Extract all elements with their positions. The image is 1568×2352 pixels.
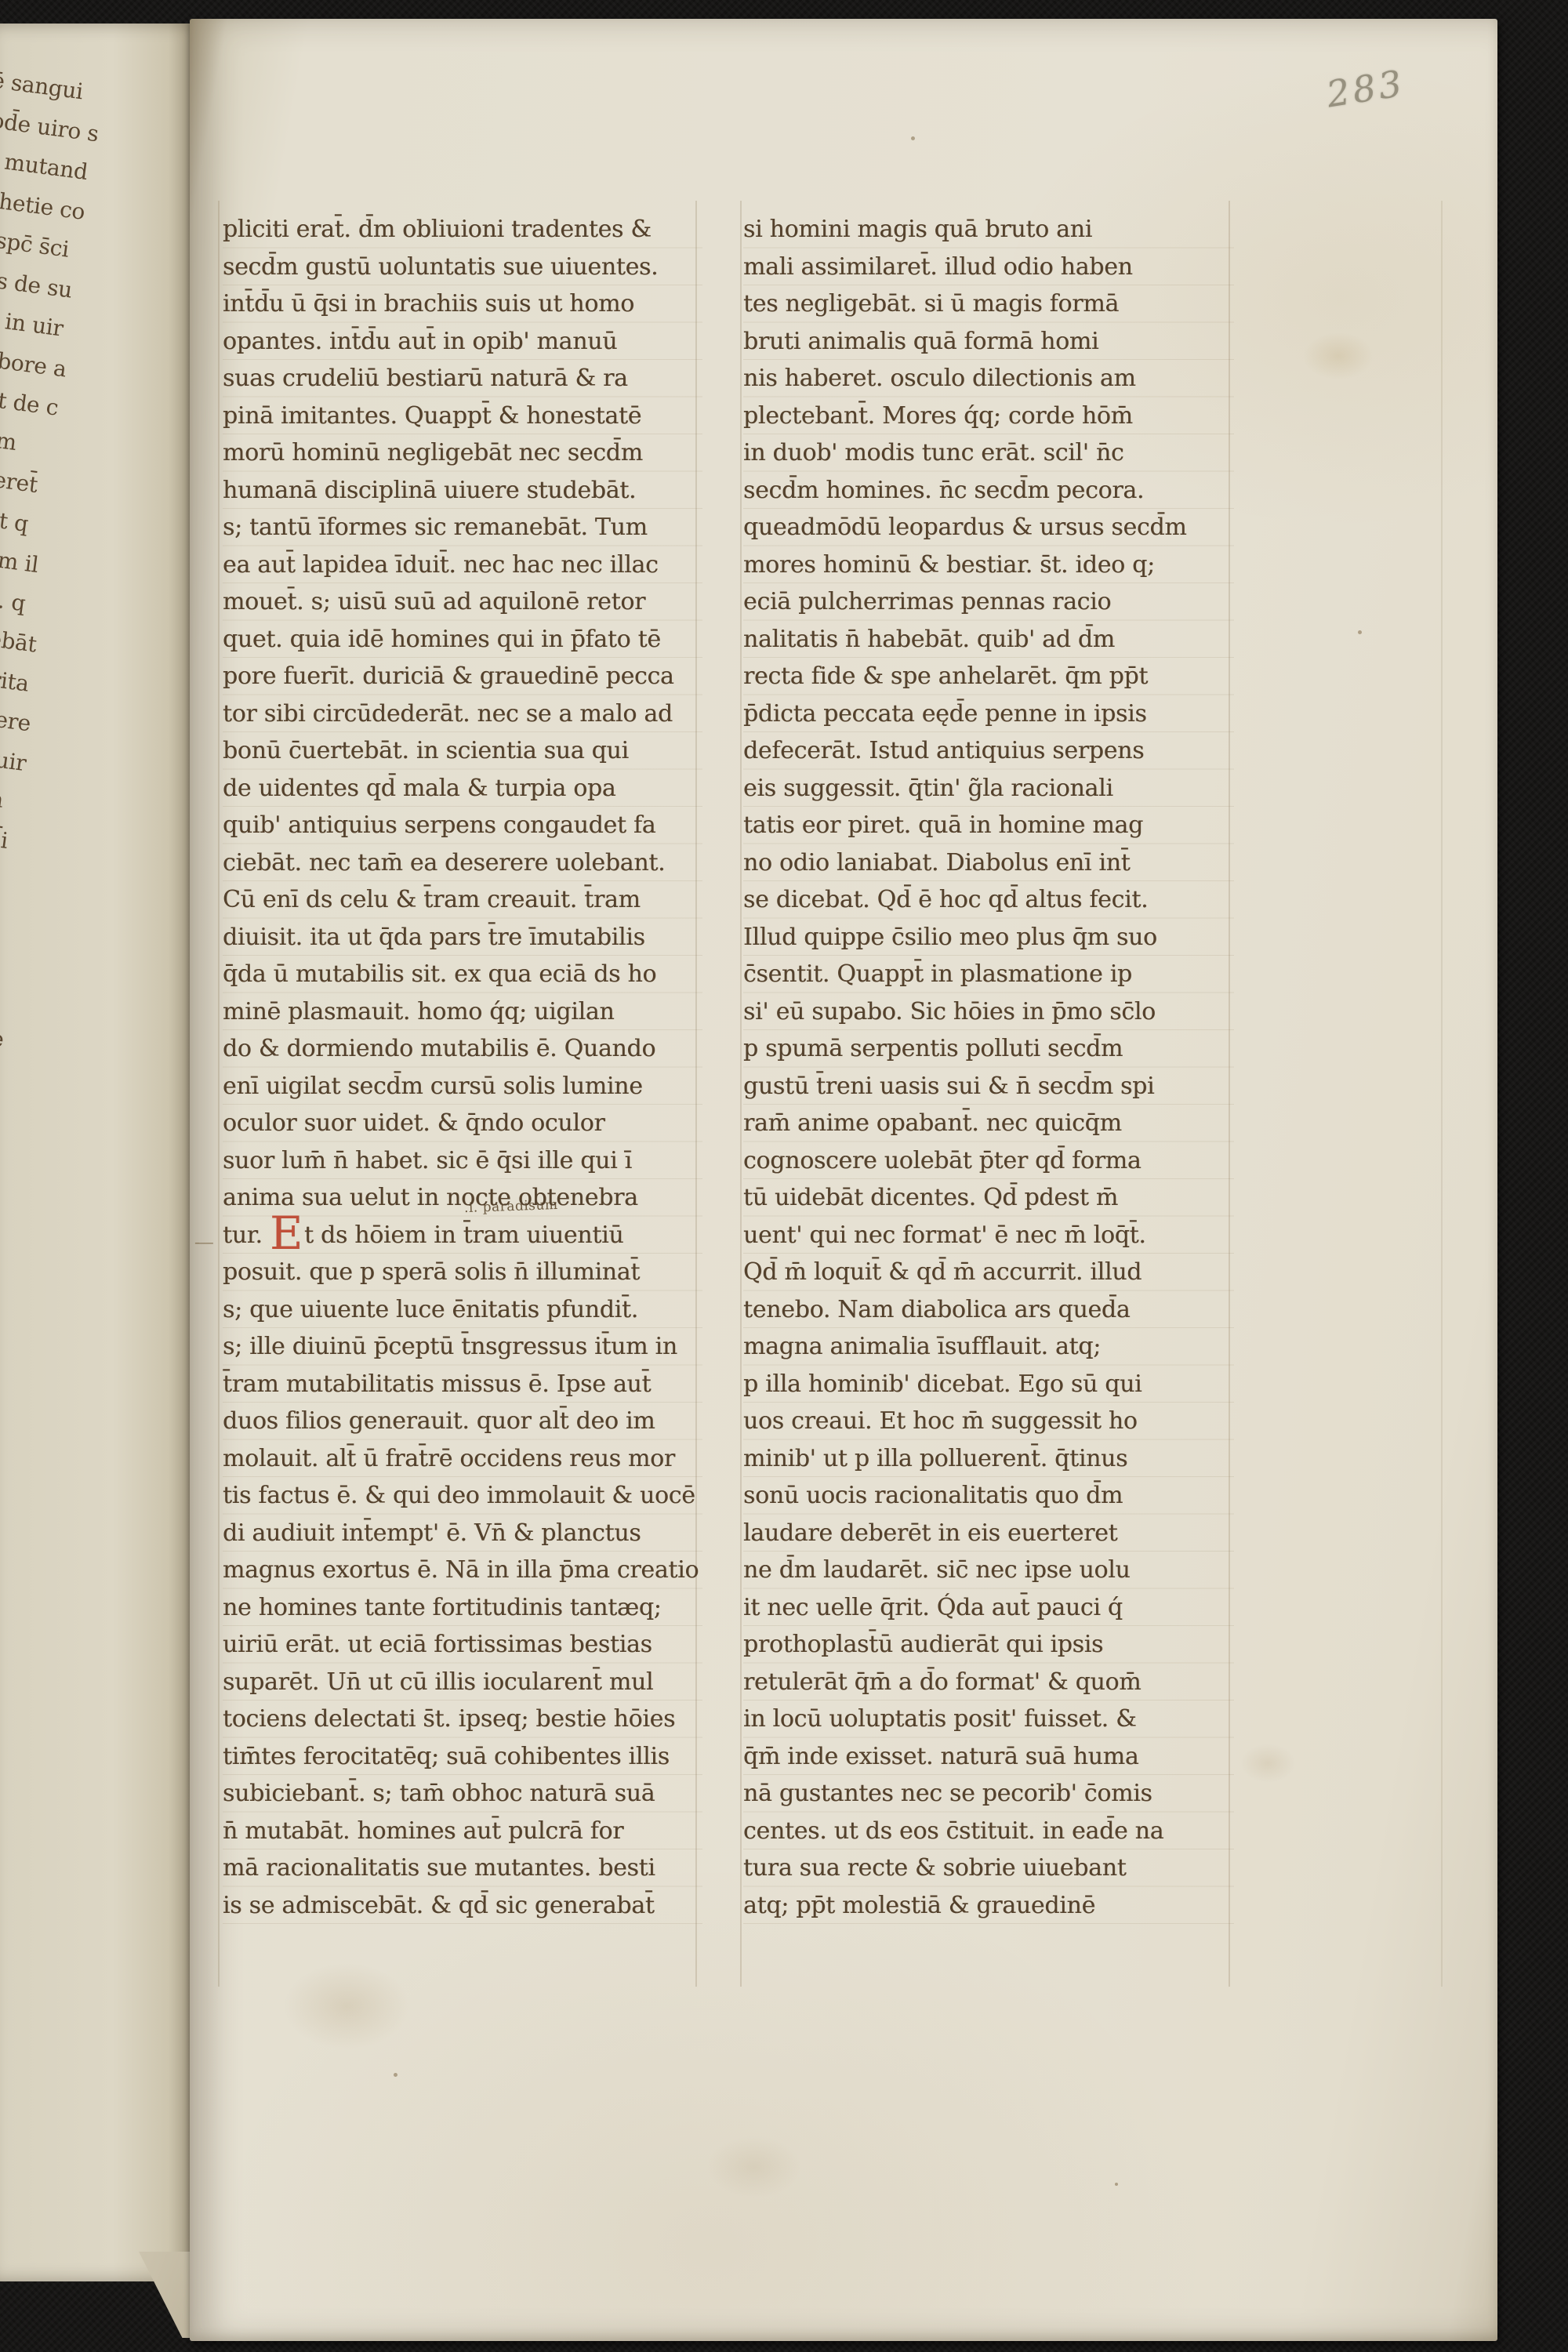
text-line: it nec uelle q̄rit. Q́da aut̄ pauci q́: [743, 1589, 1234, 1627]
previous-page-edge: ssu in carnē sanguimulier de eod̄e uiro …: [0, 24, 205, 2281]
text-column-left: pliciti erat̄. d̄m obliuioni tradentes &…: [223, 211, 702, 1924]
text-line: queadmōdū leopardus & ursus secd̄m: [743, 509, 1234, 546]
text-line: bonū c̄uertebāt. in scientia sua qui: [223, 732, 702, 770]
text-line: tū uidebāt dicentes. Qd̄ pdest m̄: [743, 1179, 1234, 1217]
text-line: bruti animalis quā formā homi: [743, 323, 1234, 361]
text-segment: tur.: [223, 1221, 270, 1249]
text-line: pore fuerīt. duriciā & grauedinē pecca: [223, 658, 702, 695]
text-line: tis factus ē. & qui deo immolauit & uocē: [223, 1477, 702, 1515]
text-line: enī uigilat secd̄m cursū solis lumine: [223, 1068, 702, 1105]
text-line: ciebāt. nec tam̄ ea deserere uolebant.: [223, 844, 702, 882]
parchment-speck: [1358, 630, 1362, 634]
text-line: secd̄m gustū uoluntatis sue uiuentes.: [223, 249, 702, 286]
text-line: suas crudeliū bestiarū naturā & ra: [223, 360, 702, 397]
parchment-speck: [394, 2073, 397, 2077]
text-line: tes negligebāt. si ū magis formā: [743, 285, 1234, 323]
text-line: uos creaui. Et hoc m̄ suggessit ho: [743, 1403, 1234, 1440]
text-line: magnus exortus ē. Nā in illa p̄ma creati…: [223, 1552, 702, 1589]
text-line: p spumā serpentis polluti secd̄m: [743, 1030, 1234, 1068]
text-line: pinā imitantes. Quappt̄ & honestatē: [223, 397, 702, 435]
text-line: molauit. alt̄ ū frat̄rē occidens reus mo…: [223, 1440, 702, 1478]
previous-page-text-fragments: ssu in carnē sanguimulier de eod̄e uiro …: [0, 45, 205, 1916]
parchment-speck: [911, 136, 915, 140]
text-line: uiriū erāt. ut eciā fortissimas bestias: [223, 1626, 702, 1664]
text-line: ram̄ anime opabant̄. nec quicq̄m: [743, 1105, 1234, 1142]
text-line: mā racionalitatis sue mutantes. besti: [223, 1849, 702, 1887]
text-line: minē plasmauit. homo q́q; uigilan: [223, 993, 702, 1031]
text-segment: t ds hōiem in t̄ram uiuentiū: [304, 1221, 623, 1249]
text-line: n̄ mutabāt. homines aut̄ pulcrā for: [223, 1813, 702, 1850]
text-line: ne homines tante fortitudinis tantæq;: [223, 1589, 702, 1627]
text-line: laudare deberēt in eis euerteret: [743, 1515, 1234, 1552]
manuscript-page: 283 -— .i. paradisum pliciti erat̄. d̄m …: [190, 19, 1497, 2341]
text-line: de uidentes qd̄ mala & turpia opa: [223, 770, 702, 808]
text-line: in duob' modis tunc erāt. scil' n̄c: [743, 434, 1234, 472]
text-line: opantes. int̄d̄u aut̄ in opib' manuū: [223, 323, 702, 361]
text-line: quet. quia idē homines qui in p̄fato tē: [223, 621, 702, 659]
text-line: suor lum̄ n̄ habet. sic ē q̄si ille qui …: [223, 1142, 702, 1180]
parchment-stain: [1303, 332, 1374, 379]
text-line: c̄sentit. Quappt̄ in plasmatione ip: [743, 956, 1234, 993]
text-line: cognoscere uolebāt p̄ter qd̄ forma: [743, 1142, 1234, 1180]
text-line: oculor suor uidet. & q̄ndo oculor: [223, 1105, 702, 1142]
text-line: prothoplast̄ū audierāt qui ipsis: [743, 1626, 1234, 1664]
text-line: in locū uoluptatis posit' fuisset. &: [743, 1700, 1234, 1738]
folio-number: 283: [1324, 62, 1408, 116]
text-line: ne d̄m laudarēt. sic̄ nec ipse uolu: [743, 1552, 1234, 1589]
text-line: recta fide & spe anhelarēt. q̄m pp̄t: [743, 658, 1234, 695]
text-line: Illud quippe c̄silio meo plus q̄m suo: [743, 919, 1234, 956]
text-line: tatis eor piret. quā in homine mag: [743, 807, 1234, 844]
parchment-stain: [707, 2136, 801, 2198]
text-line: defecerāt. Istud antiquius serpens: [743, 732, 1234, 770]
text-line: minib' ut p illa polluerent̄. q̄tinus: [743, 1440, 1234, 1478]
ruling-line-right-margin: [1441, 201, 1443, 1987]
text-line: di audiuit int̄empt' ē. Vn̄ & planctus: [223, 1515, 702, 1552]
text-line: tenebo. Nam diabolica ars qued̄a: [743, 1291, 1234, 1329]
text-line: int̄d̄u ū q̄si in brachiis suis ut homo: [223, 285, 702, 323]
ruling-line-left-of-col1: [218, 201, 220, 1987]
text-line: si' eū supabo. Sic hōies in p̄mo sc̄lo: [743, 993, 1234, 1031]
text-line: secd̄m homines. n̄c secd̄m pecora.: [743, 472, 1234, 510]
ruling-line-left-of-col2: [740, 201, 742, 1987]
text-line: nalitatis n̄ habebāt. quib' ad d̄m: [743, 621, 1234, 659]
text-line: duos filios generauit. quor alt̄ deo im: [223, 1403, 702, 1440]
text-line: s; que uiuente luce ēnitatis pfundit̄.: [223, 1291, 702, 1329]
text-line: retulerāt q̄m̄ a d̄o format' & quom̄: [743, 1664, 1234, 1701]
text-line: subiciebant̄. s; tam̄ obhoc naturā suā: [223, 1775, 702, 1813]
text-line: magna animalia īsufflauit. atq;: [743, 1328, 1234, 1366]
text-line: morū hominū negligebāt nec secd̄m: [223, 434, 702, 472]
parchment-speck: [1115, 2183, 1118, 2186]
text-line: humanā disciplinā uiuere studebāt.: [223, 472, 702, 510]
text-line: no odio laniabat. Diabolus enī int̄: [743, 844, 1234, 882]
text-line: p̄dicta peccata eęd̄e penne in ipsis: [743, 695, 1234, 733]
text-line: atq; pp̄t molestiā & grauedinē: [743, 1887, 1234, 1925]
text-line: quib' antiquius serpens congaudet fa: [223, 807, 702, 844]
text-line: do & dormiendo mutabilis ē. Quando: [223, 1030, 702, 1068]
text-line: se dicebat. Qd̄ ē hoc qd̄ altus fecit.: [743, 881, 1234, 919]
text-line: uent' qui nec format' ē nec m̄ loq̄t̄.: [743, 1217, 1234, 1254]
text-line: q̄da ū mutabilis sit. ex qua eciā ds ho: [223, 956, 702, 993]
text-line: Qd̄ m̄ loquit̄ & qd̄ m̄ accurrit. illud: [743, 1254, 1234, 1291]
text-line: eciā pulcherrimas pennas racio: [743, 583, 1234, 621]
text-line: tura sua recte & sobrie uiuebant: [743, 1849, 1234, 1887]
text-column-right: si homini magis quā bruto animali assimi…: [743, 211, 1234, 1924]
parchment-stain: [1240, 1744, 1295, 1783]
text-line: mores hominū & bestiar. s̄t. ideo q;: [743, 546, 1234, 584]
text-line: ea aut̄ lapidea īduit̄. nec hac nec illa…: [223, 546, 702, 584]
text-line: tor sibi circūdederāt. nec se a malo ad: [223, 695, 702, 733]
text-line: s; tantū īformes sic remanebāt. Tum: [223, 509, 702, 546]
text-line: suparēt. Un̄ ut cū illis iocularent̄ mul: [223, 1664, 702, 1701]
text-line: tur. Et ds hōiem in t̄ram uiuentiū: [223, 1217, 702, 1254]
text-line: is se admiscebāt. & qd̄ sic generabat̄: [223, 1887, 702, 1925]
text-line: diuisit. ita ut q̄da pars t̄re īmutabili…: [223, 919, 702, 956]
text-line: si homini magis quā bruto ani: [743, 211, 1234, 249]
text-line: s; ille diuinū p̄ceptū t̄nsgressus it̄um…: [223, 1328, 702, 1366]
text-line: nis haberet. osculo dilectionis am: [743, 360, 1234, 397]
text-line: p illa hominib' dicebat. Ego sū qui: [743, 1366, 1234, 1403]
text-line: q̄m̄ inde exisset. naturā suā huma: [743, 1738, 1234, 1776]
text-line: tociens delectati s̄t. ipseq; bestie hōi…: [223, 1700, 702, 1738]
text-line: Cū enī ds celu & t̄ram creauit. t̄ram: [223, 881, 702, 919]
text-line: gustū t̄reni uasis sui & n̄ secd̄m spi: [743, 1068, 1234, 1105]
text-line: centes. ut ds eos c̄stituit. in ead̄e na: [743, 1813, 1234, 1850]
text-line: plectebant̄. Mores q́q; corde hōm̄: [743, 397, 1234, 435]
text-line: mouet̄. s; uisū suū ad aquilonē retor: [223, 583, 702, 621]
red-initial: E: [270, 1207, 303, 1260]
text-line: pliciti erat̄. d̄m obliuioni tradentes &: [223, 211, 702, 249]
text-line: sonū uocis racionalitatis quo d̄m: [743, 1477, 1234, 1515]
text-line: t̄ram mutabilitatis missus ē. Ipse aut̄: [223, 1366, 702, 1403]
marginal-mark: -—: [194, 1232, 212, 1251]
parchment-stain: [284, 1963, 409, 2049]
text-line: nā gustantes nec se pecorib' c̄omis: [743, 1775, 1234, 1813]
text-line: eis suggessit. q̄tin' g̃la racionali: [743, 770, 1234, 808]
text-line: tim̄tes ferocitatēq; suā cohibentes illi…: [223, 1738, 702, 1776]
text-line: mali assimilaret̄. illud odio haben: [743, 249, 1234, 286]
